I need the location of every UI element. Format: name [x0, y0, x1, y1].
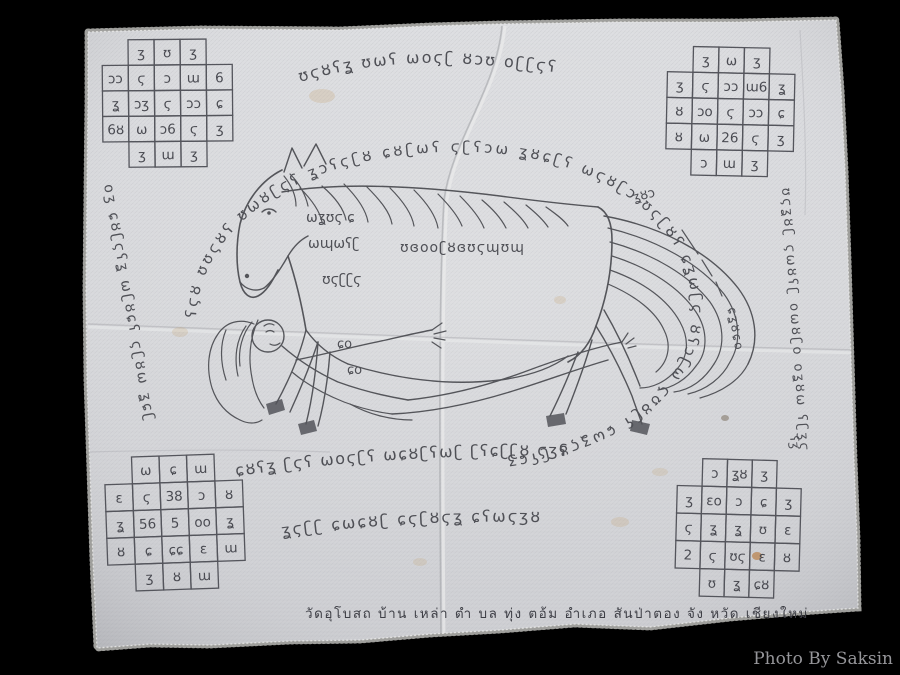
grid-cell-value: ʊ	[759, 522, 768, 538]
grid-cell-value: ϛ	[190, 121, 198, 137]
inner-inscription-1: ωʓʊϛ ɕ	[306, 210, 355, 226]
grid-cell-value: 6	[215, 70, 224, 86]
grid-cell-value: ɕ	[216, 96, 224, 112]
grid-cell-value: 56	[139, 516, 157, 533]
grid-cell-value: ɔɔ	[748, 105, 763, 121]
grid-cell-value: ʒ	[753, 54, 761, 70]
grid-cell-value: ϛ	[708, 548, 716, 564]
grid-cell-value: ɯ	[198, 568, 212, 584]
belly-mark-2: ɕο	[347, 363, 362, 378]
grid-cell-value: 6ȣ	[107, 122, 124, 138]
grid-cell-value: ȣ	[675, 103, 684, 119]
grid-cell-value: ɛ	[115, 491, 123, 507]
grid-cell-value: ʓ	[112, 97, 120, 113]
grid-cell-value: ɔ	[198, 488, 206, 504]
grid-cell-value: ɯ	[161, 147, 174, 163]
grid-cell-value: ɕ	[169, 462, 177, 478]
grid-cell-value: ʒ	[676, 78, 684, 94]
grid-cell-value: ʒ	[784, 495, 792, 511]
grid-cell-value: ɕ	[760, 494, 768, 510]
grid-cell-value: ϛ	[684, 520, 692, 536]
inner-inscription-4: ʊɞοοʗȣɞʊϛɰʊɰ	[400, 240, 525, 256]
grid-cell-value: ʒ	[216, 121, 224, 137]
grid-cell-value: ϛ	[142, 490, 151, 506]
grid-cell-value: ɕȣ	[753, 577, 769, 593]
grid-cell-value: ɔɔ	[186, 96, 201, 112]
grid-cell-value: ɔ	[735, 494, 743, 510]
grid-cell-value: ɯ	[224, 540, 238, 556]
grid-cell-value: ʒ	[138, 147, 146, 163]
grid-cell-value: ɕ	[145, 543, 153, 559]
grid-cell-value: ɔ	[700, 155, 708, 171]
grid-cell-value: 38	[165, 488, 183, 505]
grid-cell-value: ɔɔ	[723, 79, 738, 95]
grid-cell-value: ʒ	[777, 131, 785, 147]
grid-cell-value: ɛο	[706, 493, 722, 509]
grid-cell-value: ω	[726, 53, 738, 69]
grid-cell-value: ȣ	[675, 129, 684, 145]
grid-cell-value: ϛ	[701, 78, 709, 94]
grid-cell-value: ω	[699, 130, 711, 146]
grid-cell-value: ϛ	[137, 71, 145, 87]
grid-cell-value: ʊ	[708, 576, 717, 592]
thai-caption: วัดอุโบสถ บ้าน เหล่า ตำ บล ทุ่ง ตอ้ม อำเ…	[305, 605, 809, 622]
yantra-cloth-photo: ʒʊʒɔɔϛɔɯ6ʓɔʒϛɔɔɕ6ȣωɔ6ϛʒʒɯʒ ʒωʒʒϛɔɔɯ6ʓȣɔο…	[0, 0, 900, 675]
grid-cell-value: οο	[194, 514, 211, 531]
belly-mark-1: ɕο	[337, 337, 352, 352]
grid-cell-value: ȣ	[225, 487, 234, 503]
grid-cell-value: ɔ	[164, 71, 172, 87]
grid-cell-value: ɛ	[758, 549, 766, 565]
grid-cell-value: ɔɔ	[108, 71, 123, 87]
grid-cell-value: ʒ	[137, 45, 145, 61]
grid-cell-value: ɯ	[194, 461, 208, 477]
grid-cell-value: ɕɕ	[168, 542, 183, 559]
grid-cell-value: ʒ	[702, 53, 710, 69]
photo-stage: ʒʊʒɔɔϛɔɯ6ʓɔʒϛɔɔɕ6ȣωɔ6ϛʒʒɯʒ ʒωʒʒϛɔɔɯ6ʓȣɔο…	[0, 0, 900, 675]
grid-cell-value: ʒ	[145, 570, 154, 586]
grid-cell-value: ʓ	[734, 521, 742, 537]
grid-cell-value: ȣ	[173, 569, 182, 585]
grid-cell-value: ʊ	[163, 45, 171, 61]
grid-cell-value: ϛ	[164, 96, 172, 112]
grid-cell-value: ʓ	[778, 80, 786, 96]
grid-cell-value: 5	[171, 515, 180, 531]
grid-cell-value: ȣ	[117, 544, 126, 560]
grid-cell-value: ȣ	[783, 550, 792, 566]
grid-cell-value: ϛ	[726, 104, 734, 120]
grid-cell-value: 2	[683, 547, 692, 563]
grid-cell-value: ʒ	[685, 492, 693, 508]
grid-cell-value: ɔ	[711, 466, 719, 482]
inner-inscription-3: ʊϛʗʗϛ	[322, 272, 361, 288]
inner-inscription-2: ωɰωʕʗ	[308, 236, 359, 252]
grid-cell-value: ɔ6	[160, 122, 176, 138]
grid-cell-value: ʊϛ	[729, 549, 746, 565]
corner-side-note: ʕʒ	[787, 435, 802, 449]
grid-cell-value: ʒ	[751, 156, 759, 172]
grid-cell-value: ɕ	[777, 106, 785, 122]
grid-cell-value: ʒ	[189, 45, 197, 61]
grid-cell-value: ɯ6	[745, 79, 767, 95]
grid-cell-value: ɛ	[200, 541, 208, 557]
photo-credit-watermark: Photo By Saksin	[753, 649, 893, 669]
grid-cell-value: ɛ	[784, 523, 792, 539]
grid-cell-value: ɔο	[697, 104, 713, 120]
grid-cell-value: ʒ	[760, 467, 768, 483]
grid-cell-value: 26	[721, 130, 739, 146]
grid-cell-value: ω	[140, 463, 152, 479]
grid-cell-value: ʓ	[116, 517, 125, 533]
grid-cell-value: ʓ	[709, 521, 717, 537]
grid-cell-value: ϛ	[751, 131, 759, 147]
grid-cell-value: ʒ	[190, 147, 198, 163]
grid-cell-value: ɯ	[723, 156, 736, 172]
grid-cell-value: ʓȣ	[731, 466, 747, 482]
grid-cell-value: ω	[136, 122, 147, 138]
grid-cell-value: ʓ	[226, 514, 235, 530]
grid-cell-value: ɔʒ	[134, 96, 150, 112]
grid-cell-value: ʓ	[733, 576, 741, 592]
grid-cell-value: ɯ	[187, 70, 200, 86]
